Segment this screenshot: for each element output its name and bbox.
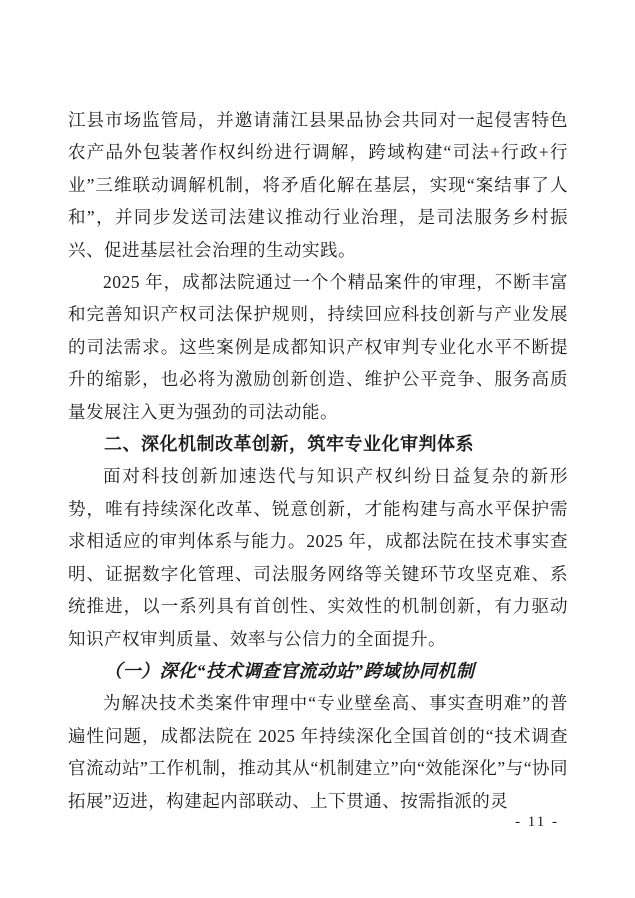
document-page: 江县市场监管局，并邀请蒲江县果品协会共同对一起侵害特色农产品外包装著作权纠纷进行… — [0, 0, 635, 898]
paragraph-continuation: 江县市场监管局，并邀请蒲江县果品协会共同对一起侵害特色农产品外包装著作权纠纷进行… — [68, 104, 568, 266]
paragraph-2025-summary: 2025 年，成都法院通过一个个精品案件的审理，不断丰富和完善知识产权司法保护规… — [68, 266, 568, 428]
subsection-heading: （一）深化“技术调查官流动站”跨域协同机制 — [68, 655, 568, 687]
page-number: - 11 - — [515, 812, 559, 832]
paragraph-tech-investigator: 为解决技术类案件审理中“专业壁垒高、事实查明难”的普遍性问题，成都法院在 202… — [68, 687, 568, 817]
paragraph-reform-intro: 面对科技创新加速迭代与知识产权纠纷日益复杂的新形势，唯有持续深化改革、锐意创新，… — [68, 460, 568, 654]
page-body: 江县市场监管局，并邀请蒲江县果品协会共同对一起侵害特色农产品外包装著作权纠纷进行… — [68, 104, 568, 817]
section-heading: 二、深化机制改革创新，筑牢专业化审判体系 — [68, 428, 568, 460]
